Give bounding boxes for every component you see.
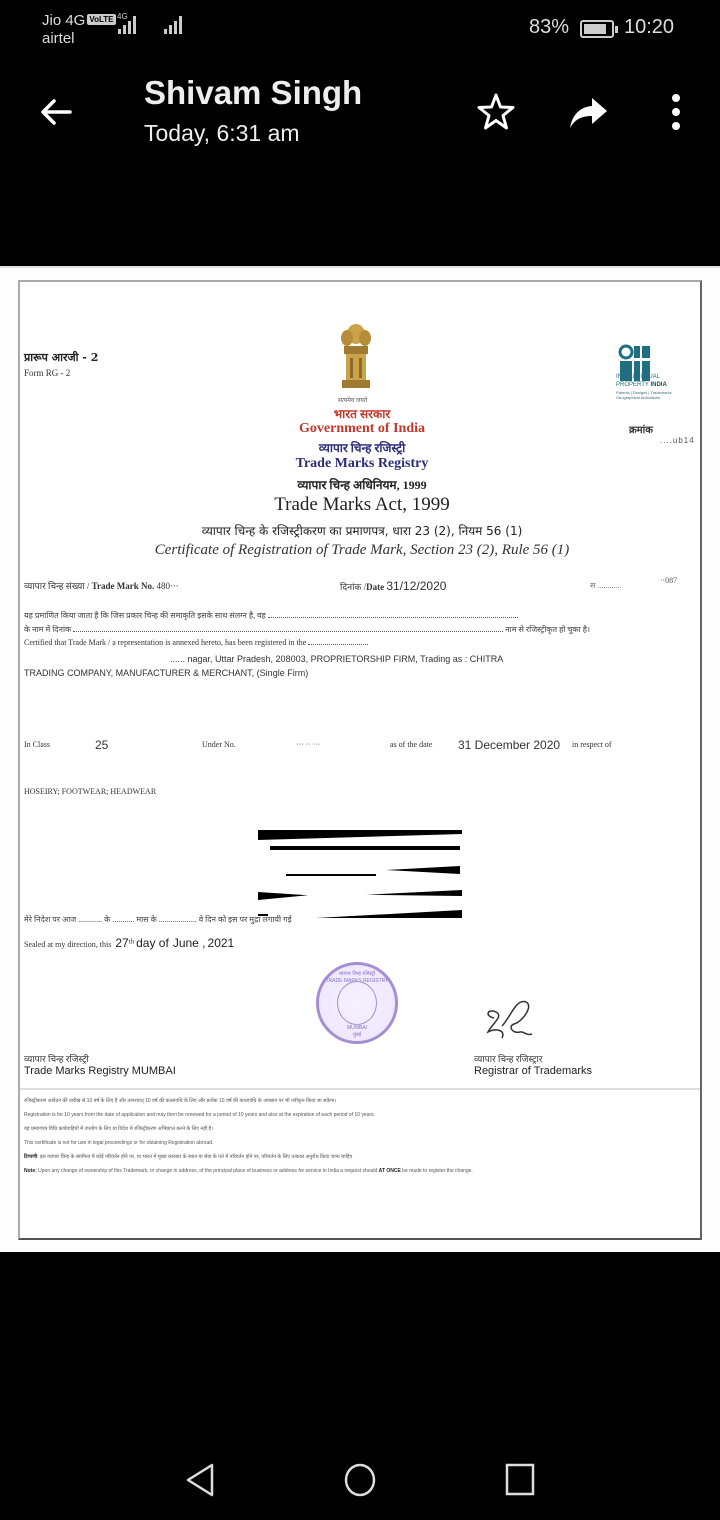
nav-home-button[interactable] [340,1460,380,1500]
registrar-title: Registrar of Trademarks [474,1065,592,1077]
class-label: In Class [24,740,50,749]
registry-sign: Trade Marks Registry MUMBAI [24,1065,176,1077]
registration-date: दिनांक /Date 31/12/2020 [340,579,446,593]
national-emblem-icon [336,320,376,400]
certificate-title-hindi: व्यापार चिन्ह के रजिस्ट्रीकरण का प्रमाणप… [20,522,704,539]
star-button[interactable] [474,90,518,134]
under-no-label: Under No. [202,740,236,749]
registry-seal-stamp: व्यापार चिन्ह रजिस्ट्री TRADE MARKS REGI… [316,962,398,1044]
note-change-ownership: Note: Upon any change of ownership of th… [24,1168,473,1174]
gov-title-hindi: भारत सरकार [20,405,704,422]
battery-percent: 83% [529,16,569,39]
emblem-caption: सत्यमेव जयते [338,396,367,404]
back-arrow-icon [36,92,76,132]
registry-title-hindi: व्यापार चिन्ह रजिस्ट्री [20,439,704,456]
carrier-2: airtel [42,30,75,47]
act-title: Trade Marks Act, 1999 [20,494,704,516]
redacted-trademark-image [256,828,466,928]
corner-text: स ............ [590,580,621,591]
certified-line-hindi-1: यह प्रमाणित किया जाता है कि जिस प्रकार च… [24,610,518,621]
as-of-date-label: as of the date [390,740,432,749]
registrar-signature [480,988,540,1048]
in-respect-of-label: in respect of [572,740,612,749]
note-line: रजिस्ट्रीकरण आवेदन की तारीख से 10 वर्ष क… [24,1098,336,1104]
clock: 10:20 [624,16,674,39]
battery-icon [580,20,614,38]
proprietor-trading-name: TRADING COMPANY, MANUFACTURER & MERCHANT… [24,668,308,678]
as-of-date-value: 31 December 2020 [458,738,560,752]
sender-name: Shivam Singh [144,74,362,112]
status-bar: Jio 4GVoLTE 4G airtel 83% 10:20 [0,0,720,60]
nav-recents-icon [500,1460,540,1500]
divider [20,1088,700,1090]
act-title-hindi: व्यापार चिन्ह अधिनियम, 1999 [20,476,704,493]
nav-back-button[interactable] [180,1460,220,1500]
app-bar: Shivam Singh Today, 6:31 am [0,62,720,162]
signal-icon-1 [118,14,136,34]
system-nav-bar [0,1430,720,1520]
volte-badge: VoLTE [87,14,115,25]
share-icon [566,90,610,134]
back-button[interactable] [36,92,76,132]
certified-line: Certified that Trade Mark / a representa… [24,638,368,647]
message-timestamp: Today, 6:31 am [144,120,300,147]
registry-title: Trade Marks Registry [20,456,704,472]
registrar-title-hindi: व्यापार चिन्ह रजिस्ट्रार [474,1052,543,1065]
nav-recents-button[interactable] [500,1460,540,1500]
class-value: 25 [95,738,108,752]
note-hindi: टिप्पणी: इस व्यापार चिन्ह के स्वामित्व म… [24,1154,352,1160]
certificate-title: Certificate of Registration of Trade Mar… [20,542,704,559]
corner-number: ‧‧087 [660,576,677,585]
image-viewer[interactable]: प्रारूप आरजी - 2 Form RG - 2 सत्यमेव जयत… [0,266,720,1252]
more-vertical-icon [656,90,700,134]
trademark-certificate: प्रारूप आरजी - 2 Form RG - 2 सत्यमेव जयत… [18,280,702,1240]
proprietor-address: ...... nagar, Uttar Pradesh, 208003, PRO… [170,654,503,664]
signal-icon-2 [164,14,182,34]
gov-title: Government of India [20,421,704,437]
carrier-1: Jio 4GVoLTE [42,12,116,29]
form-number-hindi: प्रारूप आरजी - 2 [24,350,98,365]
note-line: This certificate is not for use in legal… [24,1140,213,1146]
ipi-text-line3: Patents | Designs | Trademarks Geographi… [616,390,696,400]
ipi-text-line1: INTELLECTUAL [616,374,660,380]
ipi-text-line2: PROPERTY INDIA [616,382,667,388]
note-line: यह प्रमाणपत्र विधि कार्यवाहियों में उपयो… [24,1126,213,1132]
sealed-line: Sealed at my direction, this 27th day of… [24,936,234,950]
sealed-line-hindi: मेरे निदेश पर आज ............ के .......… [24,914,292,925]
goods-description: HOSEIRY; FOOTWEAR; HEADWEAR [24,787,156,796]
more-options-button[interactable] [656,90,700,134]
certified-line-hindi-2: के नाम में दिनांक नाम से रजिस्ट्रीकृत हो… [24,624,590,635]
registry-sign-hindi: व्यापार चिन्ह रजिस्ट्री [24,1052,89,1065]
note-line: Registration is for 10 years from the da… [24,1112,375,1118]
trade-mark-number: व्यापार चिन्ह संख्या / Trade Mark No. 48… [24,579,179,592]
under-no-value: ‧‧‧ ‧‧ ‧‧‧ [296,740,320,749]
star-icon [474,90,518,134]
share-button[interactable] [566,90,610,134]
form-number: Form RG - 2 [24,368,70,378]
nav-home-icon [340,1460,380,1500]
nav-back-icon [180,1460,220,1500]
